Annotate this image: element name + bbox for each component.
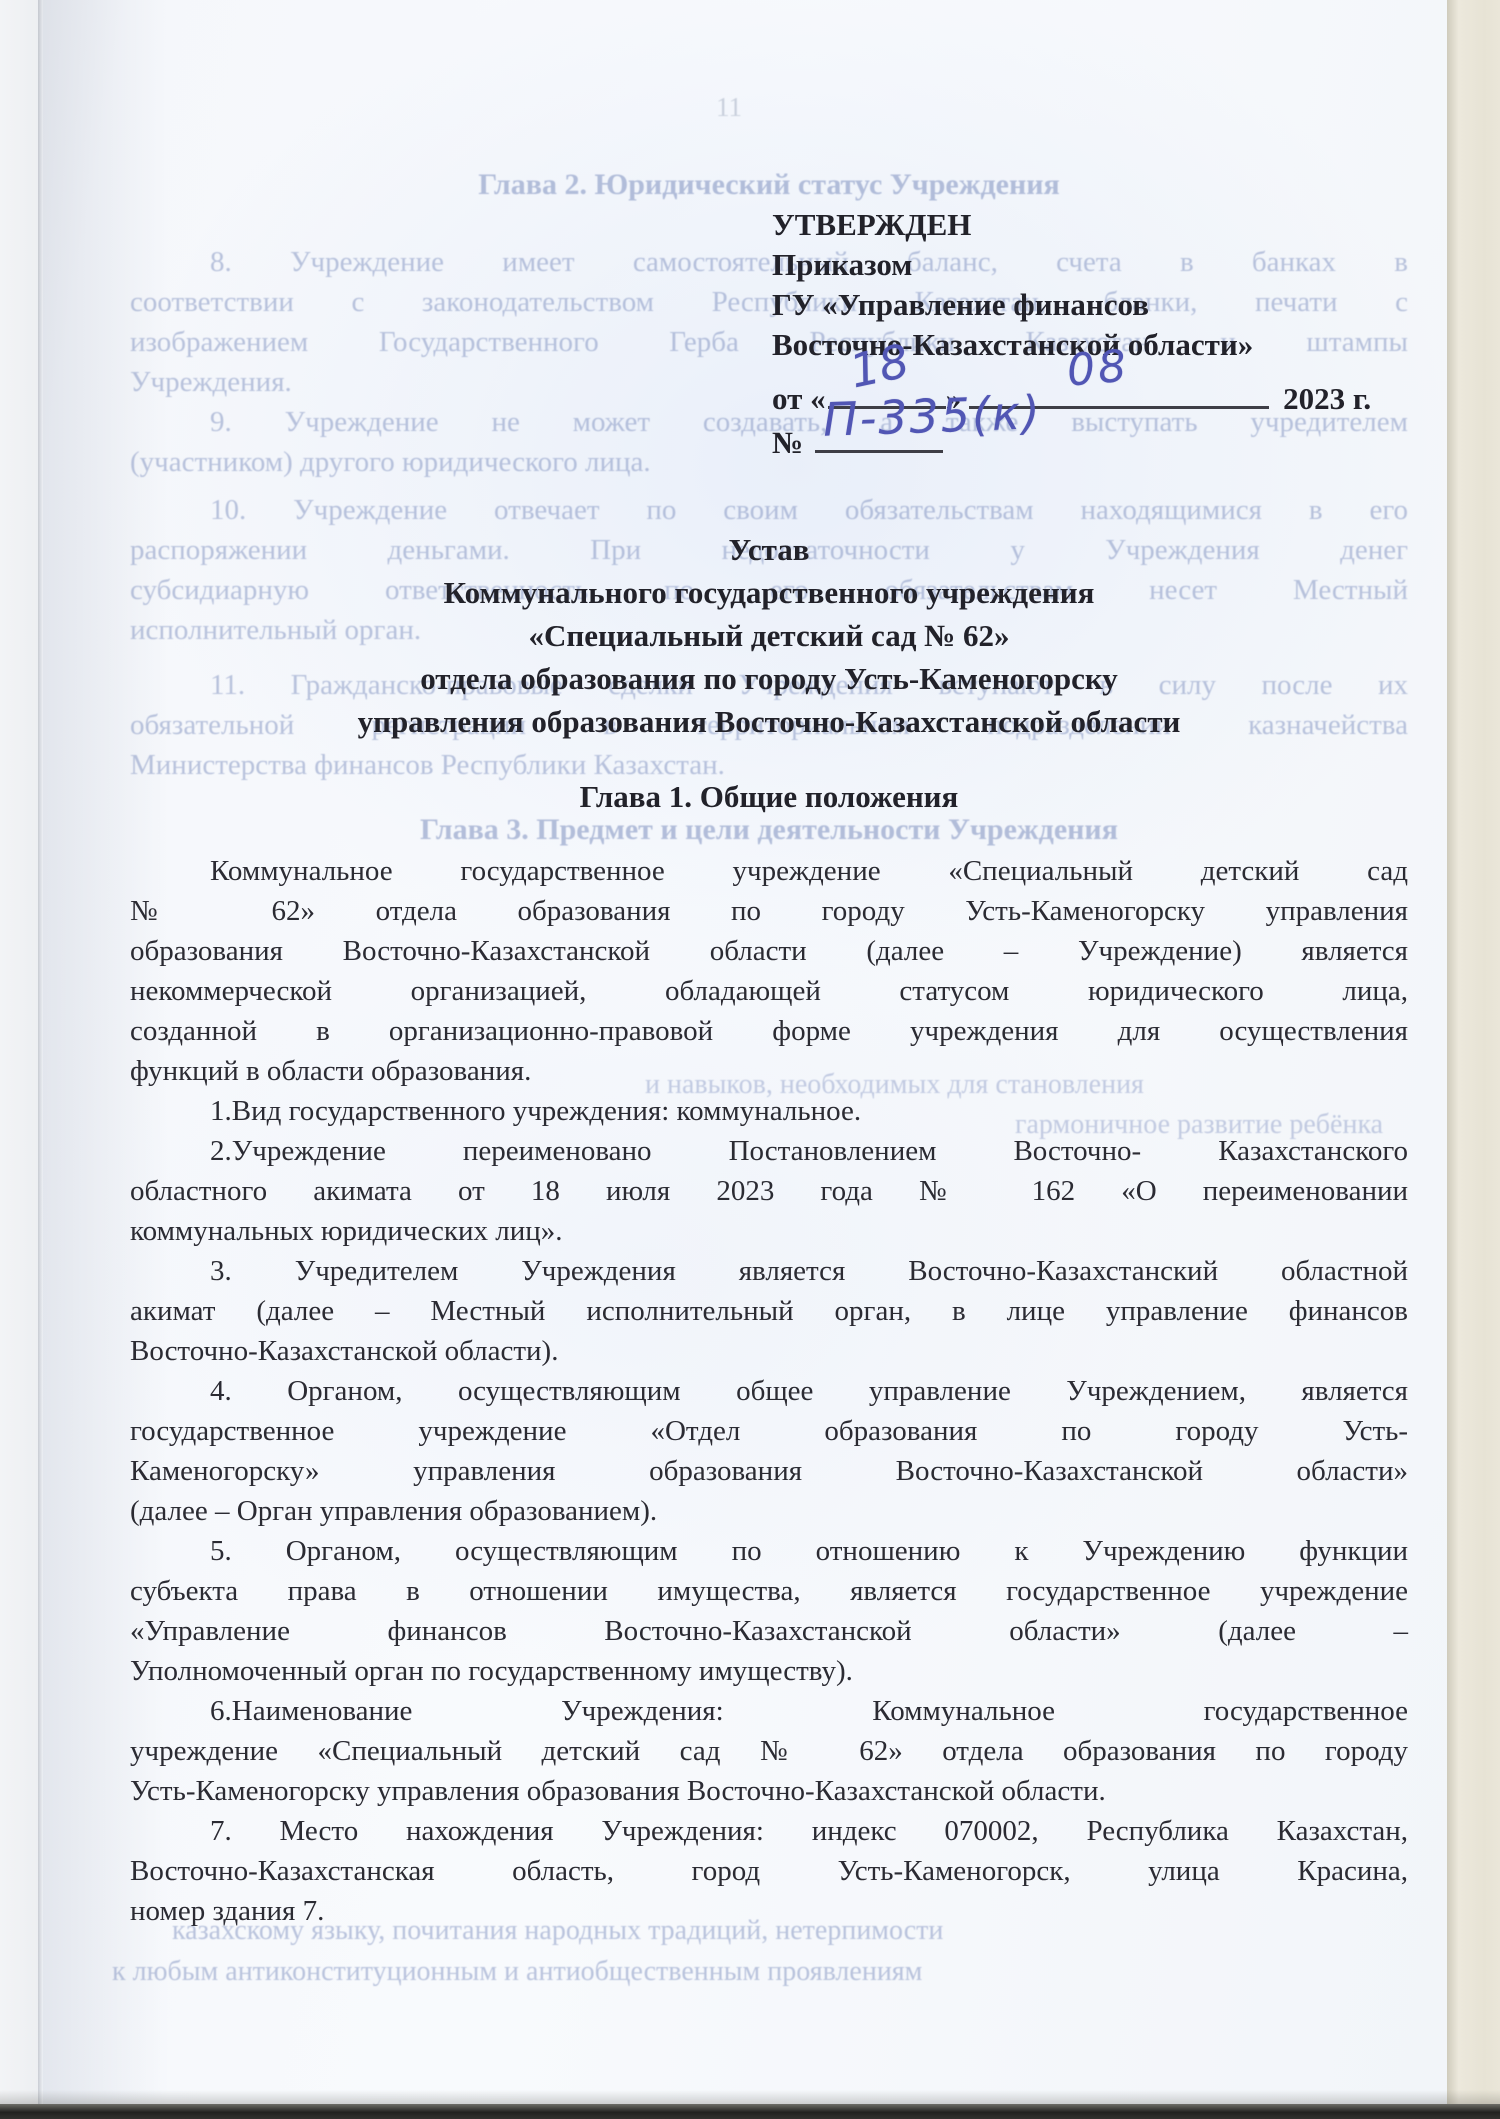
- ghost-page-number: 11: [716, 92, 742, 123]
- paper-sheet: 11 Глава 2. Юридический статус Учреждени…: [0, 0, 1447, 2119]
- body-paragraph-6: 5. Органом, осуществляющим по отношению …: [130, 1531, 1408, 1691]
- handwritten-month: 08: [1065, 344, 1131, 393]
- number-blank: П-335(к): [815, 419, 943, 453]
- date-year: 2023 г.: [1283, 381, 1371, 416]
- body-line: 2.Учреждение переименовано Постановление…: [130, 1131, 1408, 1171]
- body-line: областного акимата от 18 июля 2023 года …: [130, 1171, 1408, 1211]
- date-prefix: от «: [772, 381, 826, 416]
- document-body: Коммунальное государственное учреждение …: [130, 851, 1408, 1931]
- ghost-chapter2-heading: Глава 2. Юридический статус Учреждения: [130, 165, 1408, 205]
- document-title-line: «Специальный детский сад № 62»: [130, 614, 1408, 657]
- number-label: №: [772, 425, 803, 460]
- body-line: Восточно-Казахстанской области).: [130, 1331, 1408, 1371]
- body-line: 7. Место нахождения Учреждения: индекс 0…: [130, 1811, 1408, 1851]
- approval-lines-line: Приказом: [772, 245, 1432, 285]
- body-line: созданной в организационно-правовой форм…: [130, 1011, 1408, 1051]
- scanner-bed-edge: [1447, 0, 1500, 2119]
- page-bottom-shadow: [0, 2090, 1500, 2104]
- body-line: (далее – Орган управления образованием).: [130, 1491, 1408, 1531]
- scan-bottom-edge: [0, 2104, 1500, 2119]
- approval-number-line: №П-335(к): [772, 419, 1432, 463]
- document-title-line: Устав: [130, 528, 1408, 571]
- body-line: номер здания 7.: [130, 1891, 1408, 1931]
- document-title-line: Коммунального государственного учреждени…: [130, 571, 1408, 614]
- body-line: коммунальных юридических лиц».: [130, 1211, 1408, 1251]
- body-line: Усть-Каменогорску управления образования…: [130, 1771, 1408, 1811]
- body-line: «Управление финансов Восточно-Казахстанс…: [130, 1611, 1408, 1651]
- body-paragraph-8: 7. Место нахождения Учреждения: индекс 0…: [130, 1811, 1408, 1931]
- body-line: Каменогорску» управления образования Вос…: [130, 1451, 1408, 1491]
- chapter1-heading: Глава 1. Общие положения: [130, 777, 1408, 817]
- body-line: образования Восточно-Казахстанской облас…: [130, 931, 1408, 971]
- body-paragraph-5: 4. Органом, осуществляющим общее управле…: [130, 1371, 1408, 1531]
- handwritten-day: 18: [845, 337, 912, 394]
- body-line: учреждение «Специальный детский сад № 62…: [130, 1731, 1408, 1771]
- body-paragraph-3: 2.Учреждение переименовано Постановление…: [130, 1131, 1408, 1251]
- body-line: 3. Учредителем Учреждения является Восто…: [130, 1251, 1408, 1291]
- scanned-document-page: 11 Глава 2. Юридический статус Учреждени…: [0, 0, 1500, 2119]
- ghost-bottom-line-2: к любым антиконституционным и антиобщест…: [112, 1953, 922, 1991]
- body-line: № 62» отдела образования по городу Усть-…: [130, 891, 1408, 931]
- document-title-line: управления образования Восточно-Казахста…: [130, 700, 1408, 743]
- approval-lines-line: УТВЕРЖДЕН: [772, 205, 1432, 245]
- handwritten-number: П-335(к): [822, 389, 1042, 443]
- body-line: акимат (далее – Местный исполнительный о…: [130, 1291, 1408, 1331]
- body-line: 5. Органом, осуществляющим по отношению …: [130, 1531, 1408, 1571]
- body-line: государственное учреждение «Отдел образо…: [130, 1411, 1408, 1451]
- approval-lines-line: ГУ «Управление финансов: [772, 285, 1432, 325]
- document-title: УставКоммунального государственного учре…: [130, 528, 1408, 743]
- body-line: некоммерческой организацией, обладающей …: [130, 971, 1408, 1011]
- body-line: Восточно-Казахстанская область, город Ус…: [130, 1851, 1408, 1891]
- body-line: функций в области образования.: [130, 1051, 1408, 1091]
- body-line: субъекта права в отношении имущества, яв…: [130, 1571, 1408, 1611]
- body-line: 4. Органом, осуществляющим общее управле…: [130, 1371, 1408, 1411]
- body-line: Уполномоченный орган по государственному…: [130, 1651, 1408, 1691]
- body-paragraph-2: 1.Вид государственного учреждения: комму…: [130, 1091, 1408, 1131]
- body-line: 6.Наименование Учреждения: Коммунальное …: [130, 1691, 1408, 1731]
- body-paragraph-4: 3. Учредителем Учреждения является Восто…: [130, 1251, 1408, 1371]
- ghost-paragraph-10-line: 10. Учреждение отвечает по своим обязате…: [130, 490, 1408, 530]
- body-line: 1.Вид государственного учреждения: комму…: [130, 1091, 1408, 1131]
- body-paragraph-7: 6.Наименование Учреждения: Коммунальное …: [130, 1691, 1408, 1811]
- approval-block: УТВЕРЖДЕНПриказомГУ «Управление финансов…: [772, 205, 1432, 463]
- body-paragraph-1: Коммунальное государственное учреждение …: [130, 851, 1408, 1091]
- body-line: Коммунальное государственное учреждение …: [130, 851, 1408, 891]
- document-title-line: отдела образования по городу Усть-Камено…: [130, 657, 1408, 700]
